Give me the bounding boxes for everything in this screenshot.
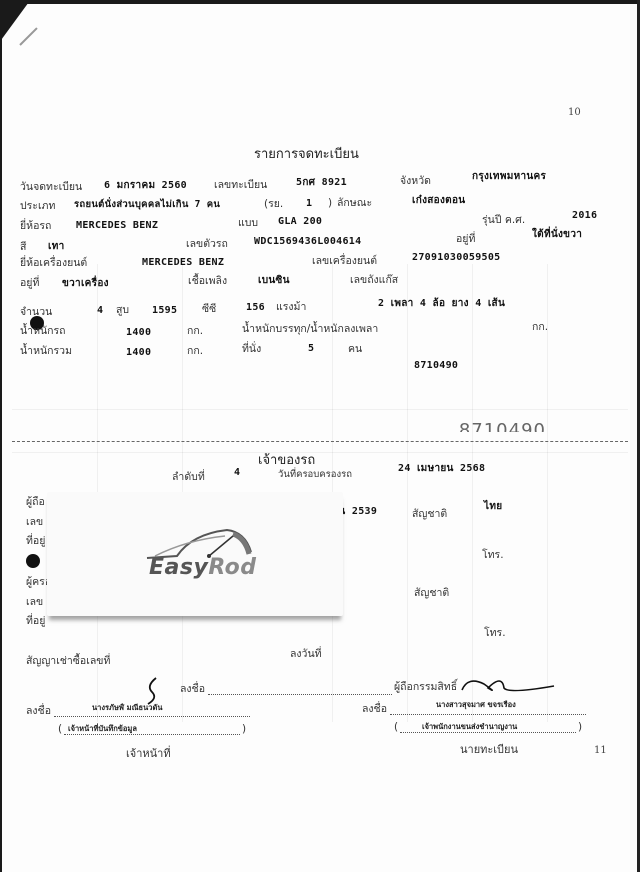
model: GLA 200 bbox=[278, 217, 322, 227]
officer-title: เจ้าหน้าที่บันทึกข้อมูล bbox=[68, 725, 137, 733]
engine-cc: 1595 bbox=[152, 306, 177, 316]
vehicle-type: รถยนต์นั่งส่วนบุคคลไม่เกิน 7 คน bbox=[74, 200, 220, 210]
ry-label: (รย. bbox=[264, 199, 283, 210]
possession-date-label: วันที่ครอบครองรถ bbox=[278, 470, 352, 480]
phone-label: โทร. bbox=[482, 550, 504, 561]
vin-label: เลขตัวรถ bbox=[186, 239, 228, 250]
plate: 5กศ 8921 bbox=[296, 178, 347, 188]
weight-unit: กก. bbox=[187, 326, 203, 337]
section-separator bbox=[12, 441, 628, 442]
owner-role: ผู้ถือกรรมสิทธิ์ bbox=[394, 682, 457, 693]
body-label: ลักษณะ bbox=[337, 198, 372, 209]
type-label: ประเภท bbox=[20, 201, 55, 212]
sign-date-label: ลงวันที่ bbox=[290, 649, 322, 660]
watermark-brand-easy: Easy bbox=[149, 555, 208, 580]
id-label: เลข bbox=[26, 517, 43, 528]
address-label: ที่อยู่ bbox=[26, 536, 45, 547]
axles-wheels: 2 เพลา 4 ล้อ ยาง 4 เส้น bbox=[378, 299, 505, 309]
ry-close: ) bbox=[328, 198, 332, 209]
hp-unit: แรงม้า bbox=[276, 302, 306, 313]
officer-role: เจ้าหน้าที่ bbox=[126, 748, 171, 759]
watermark-brand: EasyRod bbox=[149, 555, 257, 580]
gas-tank-label: เลขถังแก๊ส bbox=[350, 275, 398, 286]
officer-title-open: ( bbox=[58, 724, 62, 735]
load-unit: กก. bbox=[532, 322, 548, 333]
engine-number-label: เลขเครื่องยนต์ bbox=[312, 256, 377, 267]
page-number-bottom: 11 bbox=[594, 746, 607, 756]
order-label: ลำดับที่ bbox=[172, 472, 205, 483]
officer-name: นางรภัษฬ์ มณีธนวดัน bbox=[92, 704, 162, 712]
hire-purchase-label: สัญญาเช่าซื้อเลขที่ bbox=[26, 656, 110, 667]
page-number-top: 10 bbox=[568, 108, 581, 118]
phone2-label: โทร. bbox=[484, 628, 506, 639]
registrar-signature bbox=[458, 674, 558, 698]
possession-date: 24 เมษายน 2568 bbox=[398, 464, 485, 474]
officer-signature bbox=[142, 676, 164, 706]
fuel: เบนซิน bbox=[258, 276, 290, 286]
gross-weight: 1400 bbox=[126, 348, 151, 358]
color-label: สี bbox=[20, 242, 26, 253]
registrar-name: นางสาวสุจมาศ ขจรเรือง bbox=[436, 701, 516, 709]
gross-weight-unit: กก. bbox=[187, 346, 203, 357]
reg-date: 6 มกราคม 2560 bbox=[104, 181, 187, 191]
body-style: เก๋งสองตอน bbox=[412, 196, 465, 206]
brand: MERCEDES BENZ bbox=[76, 221, 158, 231]
order-number: 4 bbox=[234, 468, 240, 478]
vin-location: ใต้ที่นั่งขวา bbox=[532, 230, 582, 240]
engine-number: 27091030059505 bbox=[412, 253, 501, 263]
watermark-card: EasyRod bbox=[47, 492, 343, 616]
province: กรุงเทพมหานคร bbox=[472, 172, 546, 182]
vin: WDC1569436L004614 bbox=[254, 237, 361, 247]
seats-unit: คน bbox=[348, 344, 362, 355]
model-label: แบบ bbox=[238, 218, 258, 229]
engine-brand: MERCEDES BENZ bbox=[142, 258, 224, 268]
vehicle-weight-label: น้ำหนักรถ bbox=[20, 326, 66, 337]
faint-background-grid bbox=[2, 4, 638, 872]
brand-label: ยี่ห้อรถ bbox=[20, 221, 51, 232]
registrar-title-open: ( bbox=[394, 722, 398, 733]
registrar-role: นายทะเบียน bbox=[460, 744, 518, 755]
plate-label: เลขทะเบียน bbox=[214, 180, 267, 191]
vin-location-label: อยู่ที่ bbox=[456, 234, 475, 245]
cylinder-unit: สูบ bbox=[116, 305, 129, 316]
id2-label: เลข bbox=[26, 597, 43, 608]
registrar-sign-line bbox=[390, 714, 586, 715]
engine-location: ขวาเครื่อง bbox=[62, 279, 109, 289]
registrar-title-close: ) bbox=[578, 722, 582, 733]
officer-sign-line bbox=[54, 716, 250, 717]
seats: 5 bbox=[308, 344, 314, 354]
vehicle-weight: 1400 bbox=[126, 328, 151, 338]
fuel-label: เชื้อเพลิง bbox=[188, 276, 227, 287]
ghost-reference-number: 8710490 bbox=[459, 420, 546, 432]
reg-date-label: วันจดทะเบียน bbox=[20, 182, 82, 193]
registrar-title: เจ้าพนักงานขนส่งชำนาญงาน bbox=[422, 723, 517, 731]
year-label: รุ่นปี ค.ศ. bbox=[482, 215, 525, 226]
nationality2-label: สัญชาติ bbox=[414, 588, 449, 599]
engine-location-label: อยู่ที่ bbox=[20, 278, 39, 289]
province-label: จังหวัด bbox=[400, 176, 431, 187]
seats-label: ที่นั่ง bbox=[242, 344, 261, 355]
nationality-label: สัญชาติ bbox=[412, 509, 447, 520]
registrar-title-line bbox=[400, 732, 576, 733]
load-label: น้ำหนักบรรทุก/น้ำหนักลงเพลา bbox=[242, 324, 378, 335]
ry-value: 1 bbox=[306, 199, 312, 209]
horsepower: 156 bbox=[246, 303, 265, 313]
gross-weight-label: น้ำหนักรวม bbox=[20, 346, 72, 357]
color: เทา bbox=[48, 242, 65, 252]
page-title: รายการจดทะเบียน bbox=[254, 148, 359, 161]
nationality: ไทย bbox=[484, 502, 502, 512]
owner-sign-label: ลงชื่อ bbox=[180, 684, 205, 695]
holder-label: ผู้ถือ bbox=[26, 497, 45, 508]
pen-mark bbox=[19, 27, 37, 45]
officer-title-close: ) bbox=[242, 724, 246, 735]
owner-sign-line bbox=[208, 694, 392, 695]
punch-hole bbox=[26, 554, 40, 568]
watermark-brand-rod: Rod bbox=[208, 555, 256, 580]
registration-document: 10 รายการจดทะเบียน วันจดทะเบียน 6 มกราคม… bbox=[2, 4, 638, 872]
officer-sign-label: ลงชื่อ bbox=[26, 706, 51, 717]
registrar-sign-label: ลงชื่อ bbox=[362, 704, 387, 715]
officer-title-line bbox=[64, 734, 240, 735]
model-year: 2016 bbox=[572, 211, 597, 221]
cylinders: 4 bbox=[97, 306, 103, 316]
cc-unit: ซีซี bbox=[202, 304, 216, 315]
owner-heading: เจ้าของรถ bbox=[258, 454, 315, 467]
engine-brand-label: ยี่ห้อเครื่องยนต์ bbox=[20, 258, 87, 269]
reference-number: 8710490 bbox=[414, 361, 458, 371]
address2-label: ที่อยู่ bbox=[26, 616, 45, 627]
